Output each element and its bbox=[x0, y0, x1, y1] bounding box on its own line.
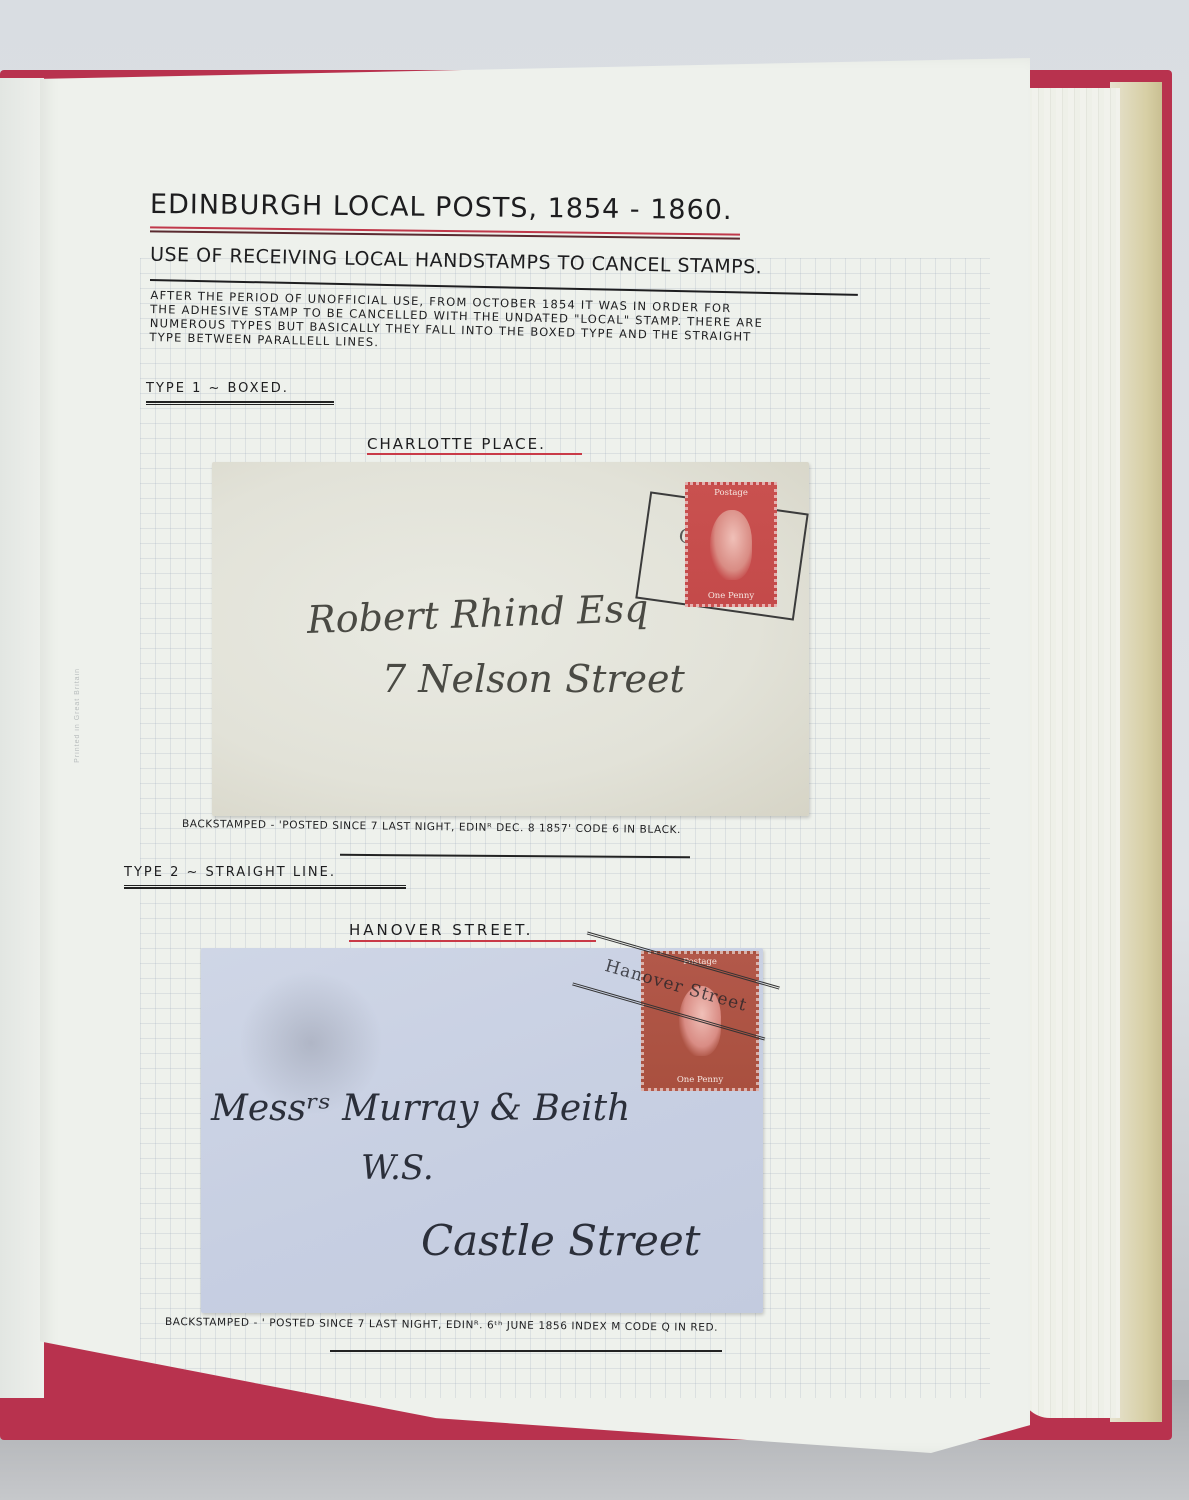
margin-imprint: Printed in Great Britain bbox=[74, 668, 81, 763]
penny-red-stamp: Postage One Penny bbox=[685, 482, 777, 607]
address-line: W.S. bbox=[361, 1148, 434, 1188]
stamp-bottom-label: One Penny bbox=[677, 1075, 723, 1085]
cover-charlotte-place: Charlotte Place Postage One Penny Robert… bbox=[212, 462, 809, 816]
stamp-top-label: Postage bbox=[714, 488, 748, 498]
place-1-heading: Charlotte Place. bbox=[367, 435, 546, 453]
address-line: Robert Rhind Esq bbox=[306, 586, 649, 642]
page-stack bbox=[1020, 88, 1120, 1418]
place-2-rule bbox=[349, 940, 596, 942]
page-title: Edinburgh Local Posts, 1854 - 1860. bbox=[150, 189, 733, 226]
stamp-bottom-label: One Penny bbox=[708, 591, 754, 601]
type-2-heading: Type 2 ~ Straight Line. bbox=[124, 865, 336, 880]
type-2-rule bbox=[124, 885, 406, 889]
type-1-rule bbox=[146, 401, 334, 405]
queen-head-icon bbox=[710, 510, 752, 580]
address-line: 7 Nelson Street bbox=[382, 657, 685, 701]
cover-hanover-street: Postage One Penny Hanover Street Messʳˢ … bbox=[201, 948, 763, 1313]
address-line: Castle Street bbox=[421, 1216, 701, 1265]
left-page-edges bbox=[0, 78, 44, 1398]
caption-2-rule bbox=[330, 1350, 722, 1352]
place-1-rule bbox=[367, 453, 582, 455]
address-line: Messʳˢ Murray & Beith bbox=[211, 1088, 630, 1129]
place-2-heading: Hanover Street. bbox=[349, 921, 533, 939]
type-1-heading: Type 1 ~ Boxed. bbox=[146, 381, 289, 396]
